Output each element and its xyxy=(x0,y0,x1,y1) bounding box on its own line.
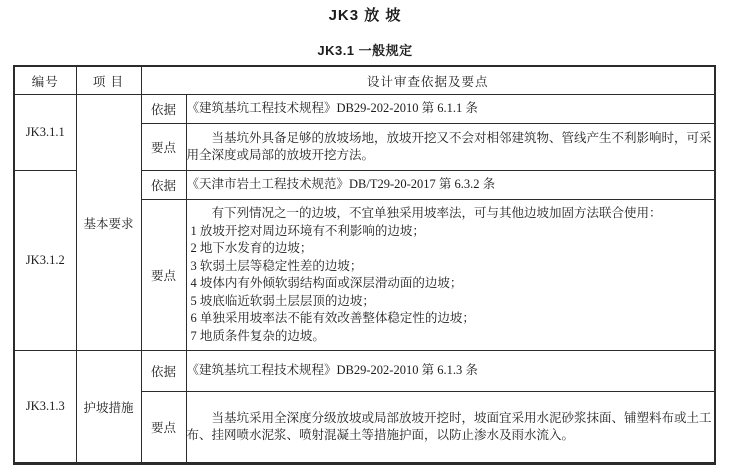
col-header-item: 项 目 xyxy=(76,66,141,95)
points-intro-jk312: 有下列情况之一的边坡，不宜单独采用坡率法，可与其他边坡加固方法联合使用： xyxy=(187,205,715,223)
col-header-review: 设计审查依据及要点 xyxy=(141,66,715,95)
basis-label: 依据 xyxy=(141,171,186,200)
points-text-jk311: 当基坑外具备足够的放坡场地，放坡开挖又不会对相邻建筑物、管线产生不利影响时，可采… xyxy=(187,130,715,165)
col-header-id: 编号 xyxy=(14,66,76,95)
points-list-item: 1 放坡开挖对周边环境有不利影响的边坡； xyxy=(187,223,715,241)
row-id-jk312: JK3.1.2 xyxy=(14,171,76,351)
table-header-row: 编号 项 目 设计审查依据及要点 xyxy=(14,66,715,95)
basis-text-jk313: 《建筑基坑工程技术规程》DB29-202-2010 第 6.1.3 条 xyxy=(186,351,715,392)
page-title: JK3 放 坡 xyxy=(0,7,730,25)
points-label: 要点 xyxy=(141,392,186,464)
row-id-jk311: JK3.1.1 xyxy=(14,95,76,171)
review-table: 编号 项 目 设计审查依据及要点 JK3.1.1 基本要求 依据 《建筑基坑工程… xyxy=(13,65,716,465)
item-slope-protection: 护坡措施 xyxy=(76,351,141,464)
points-list-item: 7 地质条件复杂的边坡。 xyxy=(187,328,715,346)
points-cell-jk313: 当基坑采用全深度分级放坡或局部放坡开挖时，坡面宜采用水泥砂浆抹面、铺塑料布或土工… xyxy=(186,392,715,464)
table-row: JK3.1.1 基本要求 依据 《建筑基坑工程技术规程》DB29-202-201… xyxy=(14,95,715,124)
basis-label: 依据 xyxy=(141,351,186,392)
row-id-jk313: JK3.1.3 xyxy=(14,351,76,464)
points-list-item: 4 坡体内有外倾软弱结构面或深层滑动面的边坡； xyxy=(187,275,715,293)
points-list-item: 6 单独采用坡率法不能有效改善整体稳定性的边坡； xyxy=(187,310,715,328)
table-row: JK3.1.3 护坡措施 依据 《建筑基坑工程技术规程》DB29-202-201… xyxy=(14,351,715,392)
points-list-item: 3 软弱土层等稳定性差的边坡； xyxy=(187,258,715,276)
points-text-jk313: 当基坑采用全深度分级放坡或局部放坡开挖时，坡面宜采用水泥砂浆抹面、铺塑料布或土工… xyxy=(187,410,715,445)
points-label: 要点 xyxy=(141,200,186,351)
basis-text-jk312: 《天津市岩土工程技术规范》DB/T29-20-2017 第 6.3.2 条 xyxy=(186,171,715,200)
document-page: JK3 放 坡 JK3.1 一般规定 编号 项 目 设计审查依据及要点 JK3.… xyxy=(0,7,730,474)
points-cell-jk312: 有下列情况之一的边坡，不宜单独采用坡率法，可与其他边坡加固方法联合使用： 1 放… xyxy=(186,200,715,351)
section-title: JK3.1 一般规定 xyxy=(0,43,730,59)
points-list-item: 5 坡底临近软弱土层层顶的边坡； xyxy=(187,293,715,311)
basis-label: 依据 xyxy=(141,95,186,124)
basis-text-jk311: 《建筑基坑工程技术规程》DB29-202-2010 第 6.1.1 条 xyxy=(186,95,715,124)
points-cell-jk311: 当基坑外具备足够的放坡场地，放坡开挖又不会对相邻建筑物、管线产生不利影响时，可采… xyxy=(186,124,715,171)
points-list-item: 2 地下水发育的边坡； xyxy=(187,240,715,258)
item-basic-requirements: 基本要求 xyxy=(76,95,141,351)
points-label: 要点 xyxy=(141,124,186,171)
